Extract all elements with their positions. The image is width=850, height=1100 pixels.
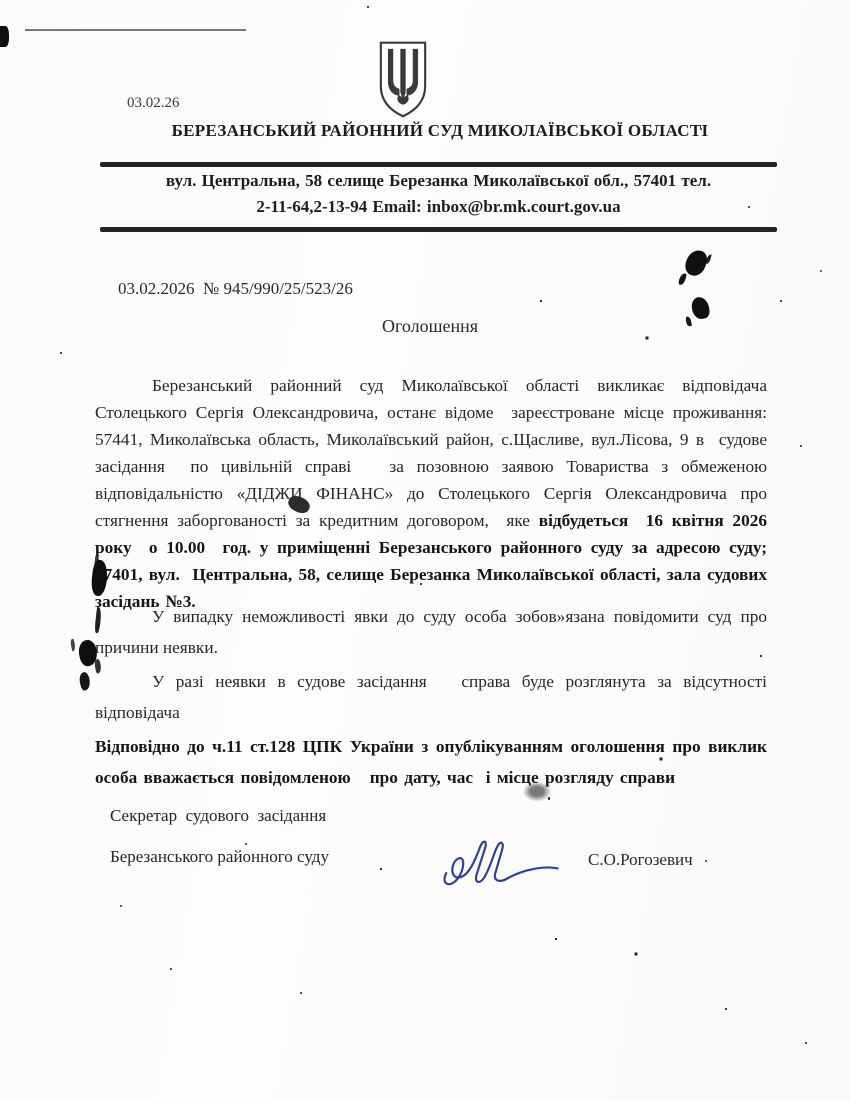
handwritten-signature-icon xyxy=(436,826,564,892)
summons-paragraph: Березанський районний суд Миколаївської … xyxy=(95,372,767,615)
court-contact-line: 2-11-64,2-13-94 Email: inbox@br.mk.court… xyxy=(100,197,777,217)
scan-artifact-top-line xyxy=(25,29,246,31)
header-divider-bottom xyxy=(100,227,777,232)
signer-name: С.О.Рогозевич xyxy=(588,850,693,870)
scan-artifact-corner-mark xyxy=(0,26,9,47)
document-title: Оголошення xyxy=(95,316,765,337)
legal-basis-paragraph: Відповідно до ч.11 ст.128 ЦПК України з … xyxy=(95,731,767,793)
reference-date-number: 03.02.2026 № 945/990/25/523/26 xyxy=(118,279,353,299)
header-divider-top xyxy=(100,162,777,167)
handwritten-stamp-date: 03.02.26 xyxy=(127,95,180,112)
scanned-court-document: 03.02.26 БЕРЕЗАНСЬКИЙ РАЙОННИЙ СУД МИКОЛ… xyxy=(0,0,850,1100)
court-address-line: вул. Центральна, 58 селище Березанка Мик… xyxy=(100,171,777,191)
scan-noise-speckles xyxy=(0,0,2,2)
signer-role-line1: Секретар судового засідання xyxy=(110,806,326,826)
signer-role-line2: Березанського районного суду xyxy=(110,847,329,867)
ukraine-trident-emblem-icon xyxy=(376,40,430,118)
non-appearance-notice-paragraph: У випадку неможливості явки до суду особ… xyxy=(95,601,767,663)
court-name-heading: БЕРЕЗАНСЬКИЙ РАЙОННИЙ СУД МИКОЛАЇВСЬКОЇ … xyxy=(85,121,795,141)
absence-consequence-paragraph: У разі неявки в судове засідання справа … xyxy=(95,666,767,728)
summons-text-normal: Березанський районний суд Миколаївської … xyxy=(95,376,773,530)
ink-blot xyxy=(683,248,709,278)
